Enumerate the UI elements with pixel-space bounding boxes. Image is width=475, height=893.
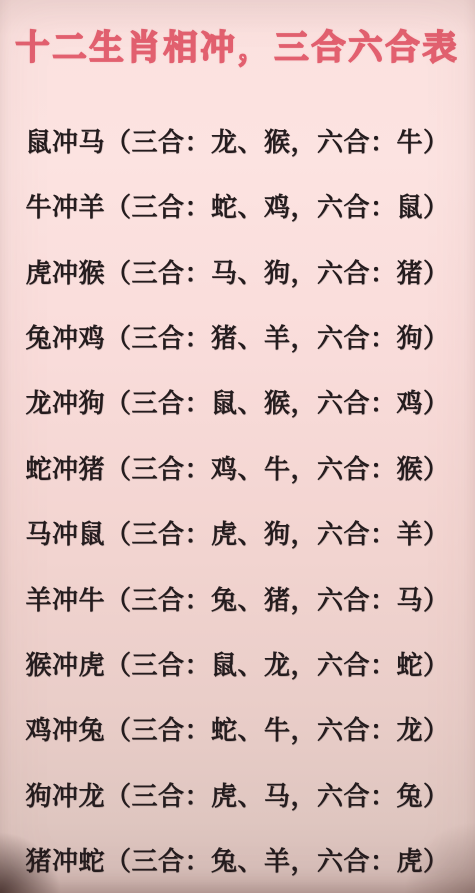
zodiac-row-rooster: 鸡冲兔（三合：蛇、牛，六合：龙） xyxy=(25,716,449,746)
zodiac-row-rat: 鼠冲马（三合：龙、猴，六合：牛） xyxy=(25,128,449,158)
zodiac-row-dog: 狗冲龙（三合：虎、马，六合：兔） xyxy=(25,782,449,812)
zodiac-row-rabbit: 兔冲鸡（三合：猪、羊，六合：狗） xyxy=(25,324,449,354)
zodiac-row-horse: 马冲鼠（三合：虎、狗，六合：羊） xyxy=(25,520,449,550)
zodiac-row-pig: 猪冲蛇（三合：兔、羊，六合：虎） xyxy=(25,847,449,877)
zodiac-row-goat: 羊冲牛（三合：兔、猪，六合：马） xyxy=(25,586,449,616)
zodiac-table-page: 十二生肖相冲，三合六合表 鼠冲马（三合：龙、猴，六合：牛） 牛冲羊（三合：蛇、鸡… xyxy=(0,0,475,893)
zodiac-rows: 鼠冲马（三合：龙、猴，六合：牛） 牛冲羊（三合：蛇、鸡，六合：鼠） 虎冲猴（三合… xyxy=(0,128,475,877)
zodiac-row-snake: 蛇冲猪（三合：鸡、牛，六合：猴） xyxy=(25,455,449,485)
zodiac-row-dragon: 龙冲狗（三合：鼠、猴，六合：鸡） xyxy=(25,389,449,419)
zodiac-row-monkey: 猴冲虎（三合：鼠、龙，六合：蛇） xyxy=(25,651,449,681)
zodiac-row-ox: 牛冲羊（三合：蛇、鸡，六合：鼠） xyxy=(25,193,449,223)
zodiac-row-tiger: 虎冲猴（三合：马、狗，六合：猪） xyxy=(25,259,449,289)
page-title: 十二生肖相冲，三合六合表 xyxy=(0,20,475,69)
